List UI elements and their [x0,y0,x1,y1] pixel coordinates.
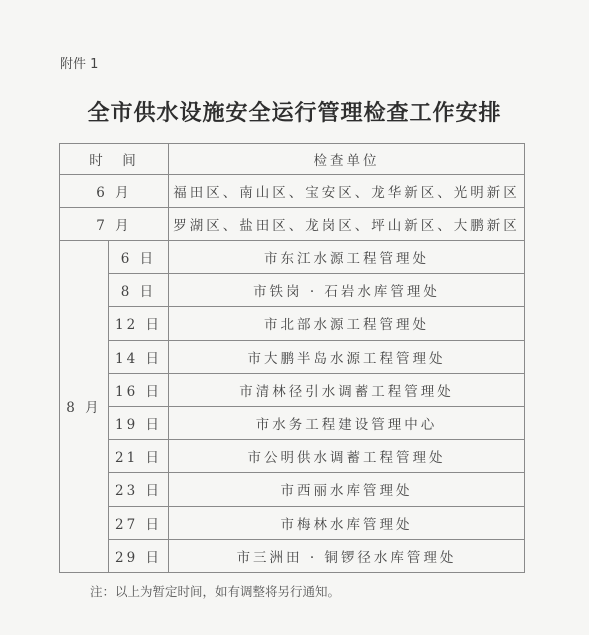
unit-cell: 市铁岗 · 石岩水库管理处 [169,274,525,307]
table-row: 21 日 市公明供水调蓄工程管理处 [60,440,525,473]
header-unit: 检查单位 [169,144,525,175]
unit-cell: 市公明供水调蓄工程管理处 [169,440,525,473]
table-row: 8 月 6 日 市东江水源工程管理处 [60,241,525,274]
month-cell: 7 月 [60,208,169,241]
attachment-label: 附件 1 [60,53,98,72]
day-cell: 29 日 [109,539,169,572]
unit-cell: 市清林径引水调蓄工程管理处 [169,373,525,406]
day-cell: 21 日 [109,440,169,473]
unit-cell: 市梅林水库管理处 [169,506,525,539]
table-row: 19 日 市水务工程建设管理中心 [60,406,525,439]
table-row: 29 日 市三洲田 · 铜锣径水库管理处 [60,539,525,572]
month-cell-august: 8 月 [60,241,109,573]
units-cell: 福田区、南山区、宝安区、龙华新区、光明新区 [169,175,525,208]
table-row: 27 日 市梅林水库管理处 [60,506,525,539]
header-time: 时 间 [60,144,169,175]
day-cell: 27 日 [109,506,169,539]
day-cell: 6 日 [109,241,169,274]
table-row: 12 日 市北部水源工程管理处 [60,307,525,340]
unit-cell: 市三洲田 · 铜锣径水库管理处 [169,539,525,572]
day-cell: 12 日 [109,307,169,340]
unit-cell: 市大鹏半岛水源工程管理处 [169,340,525,373]
day-cell: 14 日 [109,340,169,373]
day-cell: 16 日 [109,373,169,406]
month-cell: 6 月 [60,175,169,208]
day-cell: 23 日 [109,473,169,506]
unit-cell: 市水务工程建设管理中心 [169,406,525,439]
table-row: 14 日 市大鹏半岛水源工程管理处 [60,340,525,373]
table-header-row: 时 间 检查单位 [60,144,525,175]
table-row: 8 日 市铁岗 · 石岩水库管理处 [60,274,525,307]
day-cell: 19 日 [109,406,169,439]
table-row: 16 日 市清林径引水调蓄工程管理处 [60,373,525,406]
unit-cell: 市东江水源工程管理处 [169,241,525,274]
table-row: 6 月 福田区、南山区、宝安区、龙华新区、光明新区 [60,175,525,208]
table-row: 23 日 市西丽水库管理处 [60,473,525,506]
units-cell: 罗湖区、盐田区、龙岗区、坪山新区、大鹏新区 [169,208,525,241]
footnote: 注：以上为暂定时间，如有调整将另行通知。 [90,582,340,600]
unit-cell: 市北部水源工程管理处 [169,307,525,340]
day-cell: 8 日 [109,274,169,307]
unit-cell: 市西丽水库管理处 [169,473,525,506]
schedule-table: 时 间 检查单位 6 月 福田区、南山区、宝安区、龙华新区、光明新区 7 月 罗… [59,143,525,573]
document-title: 全市供水设施安全运行管理检查工作安排 [0,96,589,127]
table-row: 7 月 罗湖区、盐田区、龙岗区、坪山新区、大鹏新区 [60,208,525,241]
